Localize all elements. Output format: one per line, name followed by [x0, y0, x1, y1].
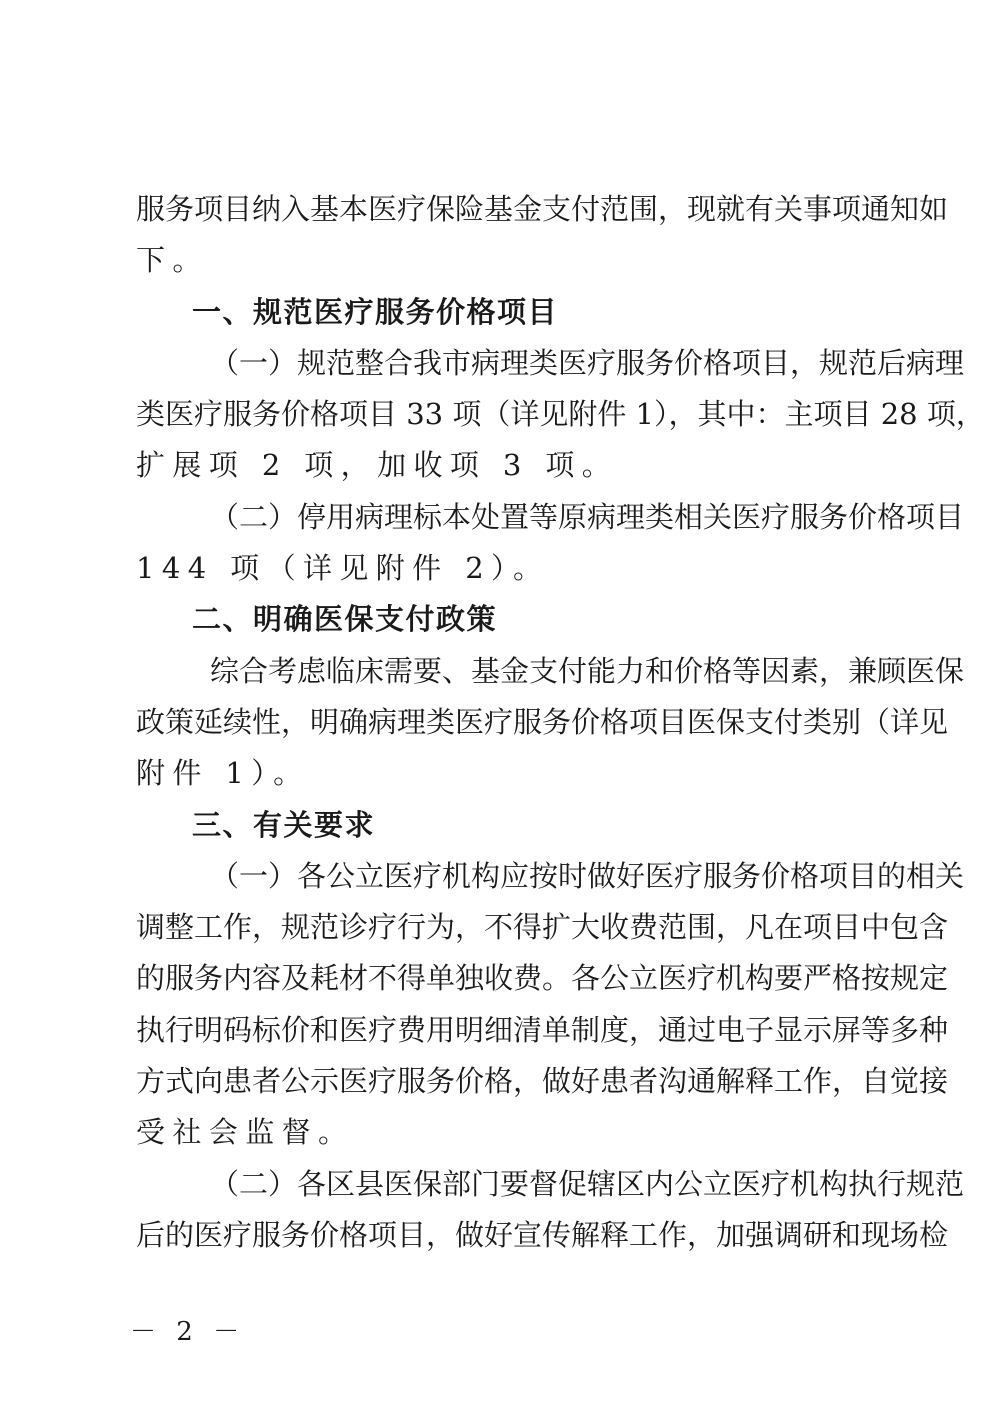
body-line: 政策延续性，明确病理类医疗服务价格项目医保支付类别（详见	[136, 697, 878, 748]
body-line: 扩展项 2 项，加收项 3 项。	[136, 440, 878, 491]
section-heading-1: 一、规范医疗服务价格项目	[136, 287, 878, 338]
body-line: 后的医疗服务价格项目，做好宣传解释工作，加强调研和现场检	[136, 1210, 878, 1261]
section-heading-3: 三、有关要求	[136, 800, 878, 851]
paragraph-start: 综合考虑临床需要、基金支付能力和价格等因素，兼顾医保	[136, 646, 878, 697]
document-body: 服务项目纳入基本医疗保险基金支付范围，现就有关事项通知如 下。 一、规范医疗服务…	[136, 184, 878, 1261]
paragraph-start: （一）各公立医疗机构应按时做好医疗服务价格项目的相关	[136, 851, 878, 902]
body-line: 执行明码标价和医疗费用明细清单制度，通过电子显示屏等多种	[136, 1005, 878, 1056]
page-number: － 2 －	[130, 1311, 245, 1348]
paragraph-start: （二）停用病理标本处置等原病理类相关医疗服务价格项目	[136, 492, 878, 543]
body-line: 服务项目纳入基本医疗保险基金支付范围，现就有关事项通知如	[136, 184, 878, 235]
body-line: 调整工作，规范诊疗行为，不得扩大收费范围，凡在项目中包含	[136, 902, 878, 953]
paragraph-start: （一）规范整合我市病理类医疗服务价格项目，规范后病理	[136, 338, 878, 389]
body-line: 下。	[136, 235, 878, 286]
body-line: 144 项（详见附件 2）。	[136, 543, 878, 594]
body-line: 的服务内容及耗材不得单独收费。各公立医疗机构要严格按规定	[136, 953, 878, 1004]
section-heading-2: 二、明确医保支付政策	[136, 594, 878, 645]
body-line: 方式向患者公示医疗服务价格，做好患者沟通解释工作，自觉接	[136, 1056, 878, 1107]
body-line: 附件 1）。	[136, 748, 878, 799]
body-line: 类医疗服务价格项目 33 项（详见附件 1），其中：主项目 28 项，	[136, 389, 878, 440]
body-line: 受社会监督。	[136, 1107, 878, 1158]
document-page: 服务项目纳入基本医疗保险基金支付范围，现就有关事项通知如 下。 一、规范医疗服务…	[0, 0, 1000, 1414]
paragraph-start: （二）各区县医保部门要督促辖区内公立医疗机构执行规范	[136, 1159, 878, 1210]
